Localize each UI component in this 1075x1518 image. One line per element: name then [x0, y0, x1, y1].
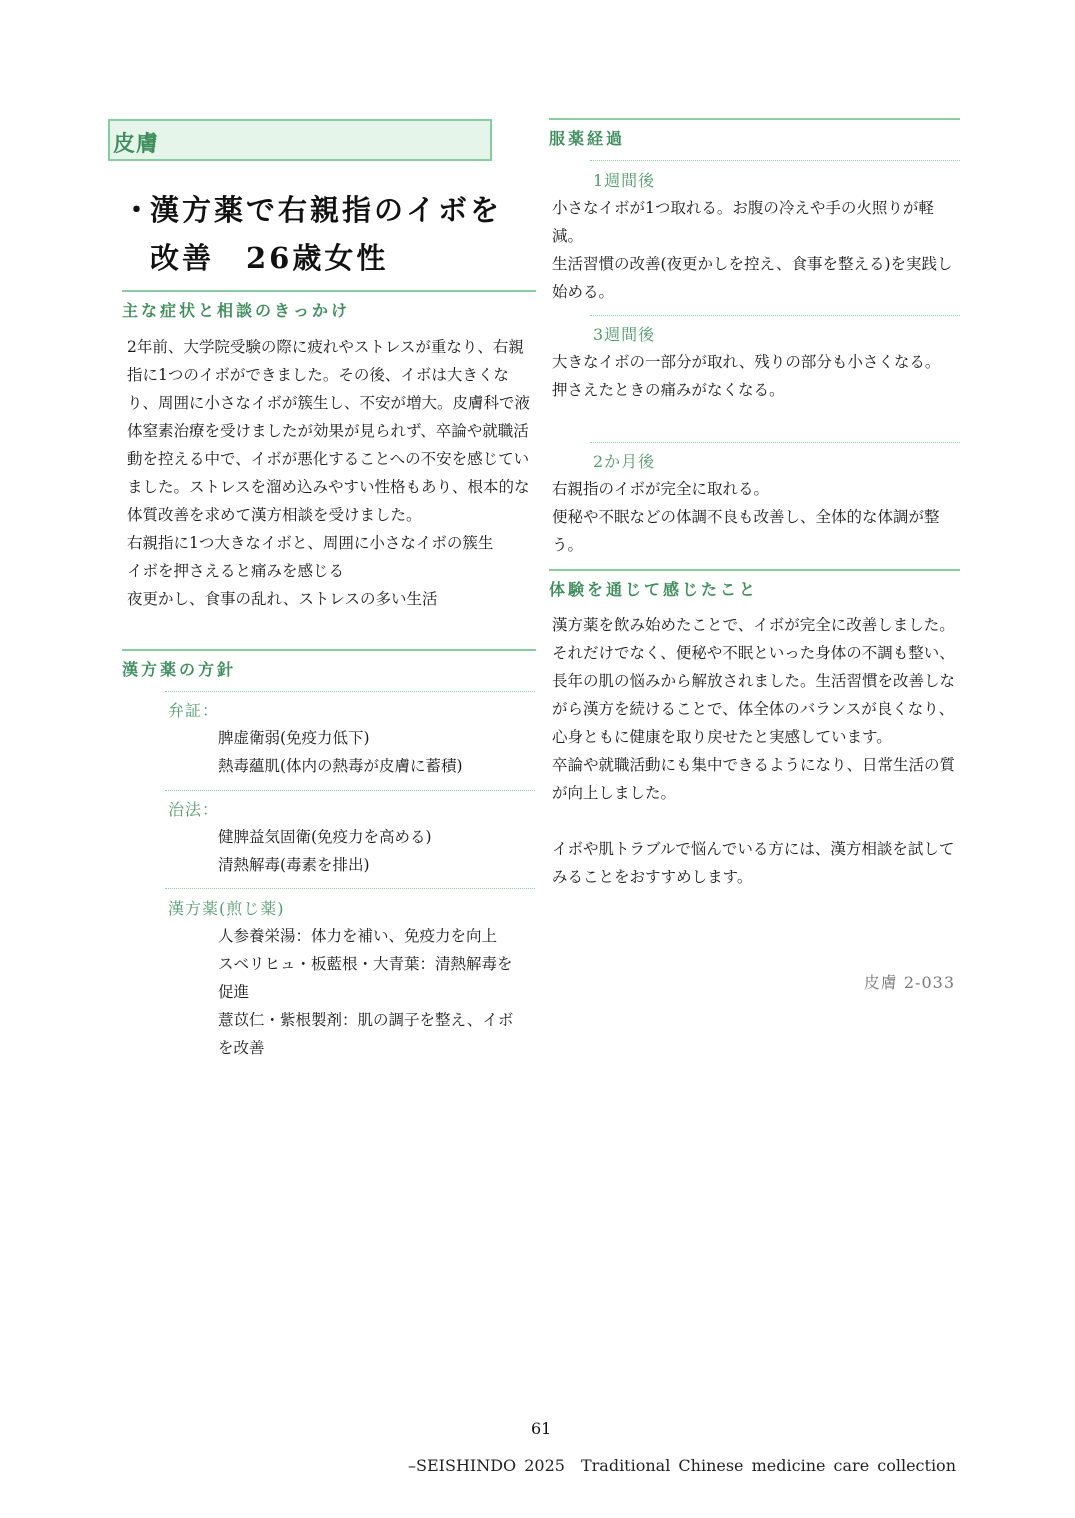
title-line-1: 漢方薬で右親指のイボを	[150, 186, 502, 234]
reflection-paragraph: 卒論や就職活動にも集中できるようになり、日常生活の質が向上しました。	[552, 751, 957, 807]
reflection-paragraph: 漢方薬を飲み始めたことで、イボが完全に改善しました。それだけでなく、便秘や不眠と…	[552, 611, 957, 751]
policy-item: 健脾益気固衛(免疫力を高める)	[218, 823, 528, 851]
divider	[165, 691, 535, 692]
spacer	[552, 807, 957, 835]
symptoms-body: 2年前、大学院受験の際に疲れやストレスが重なり、右親指に1つのイボができました。…	[127, 333, 532, 613]
policy-item: 人参養栄湯：体力を補い、免疫力を向上	[218, 922, 523, 950]
progress-item: 押さえたときの痛みがなくなる。	[552, 376, 942, 404]
policy-label-kampo: 漢方薬(煎じ薬)	[168, 896, 285, 919]
progress-stage-label: 2か月後	[593, 449, 655, 472]
reflection-body: 漢方薬を飲み始めたことで、イボが完全に改善しました。それだけでなく、便秘や不眠と…	[552, 611, 957, 891]
progress-item: 生活習慣の改善(夜更かしを控え、食事を整える)を実践し始める。	[552, 250, 957, 306]
title-line-2: 改善 26歳女性	[150, 234, 388, 282]
progress-item: 小さなイボが1つ取れる。お腹の冷えや手の火照りが軽減。	[552, 194, 957, 250]
divider	[165, 790, 535, 791]
progress-stage-label: 1週間後	[593, 168, 655, 191]
policy-label-bensho: 弁証：	[168, 698, 219, 721]
symptoms-item: 右親指に1つ大きなイボと、周囲に小さなイボの簇生	[127, 529, 532, 557]
category-header: 皮膚	[108, 119, 492, 161]
divider	[590, 315, 960, 316]
progress-stage-body: 小さなイボが1つ取れる。お腹の冷えや手の火照りが軽減。 生活習慣の改善(夜更かし…	[552, 194, 957, 306]
symptoms-item: 夜更かし、食事の乱れ、ストレスの多い生活	[127, 585, 532, 613]
symptoms-heading: 主な症状と相談のきっかけ	[122, 290, 536, 320]
symptoms-paragraph: 2年前、大学院受験の際に疲れやストレスが重なり、右親指に1つのイボができました。…	[127, 333, 532, 529]
policy-items-chiho: 健脾益気固衛(免疫力を高める) 清熱解毒(毒素を排出)	[218, 823, 528, 879]
policy-items-bensho: 脾虚衛弱(免疫力低下) 熱毒蘊肌(体内の熱毒が皮膚に蓄積)	[218, 724, 528, 780]
policy-label-chiho: 治法：	[168, 797, 219, 820]
reflection-paragraph: イボや肌トラブルで悩んでいる方には、漢方相談を試してみることをおすすめします。	[552, 835, 957, 891]
progress-item: 大きなイボの一部分が取れ、残りの部分も小さくなる。	[552, 348, 942, 376]
policy-item: 薏苡仁・紫根製剤：肌の調子を整え、イボを改善	[218, 1006, 523, 1062]
category-label: 皮膚	[113, 127, 159, 158]
progress-heading: 服薬経過	[549, 118, 960, 148]
policy-item: 清熱解毒(毒素を排出)	[218, 851, 528, 879]
reference-code: 皮膚 2-033	[864, 970, 955, 993]
symptoms-item: イボを押さえると痛みを感じる	[127, 557, 532, 585]
progress-stage-body: 大きなイボの一部分が取れ、残りの部分も小さくなる。 押さえたときの痛みがなくなる…	[552, 348, 942, 404]
reflection-heading: 体験を通じて感じたこと	[549, 569, 960, 599]
progress-item: 便秘や不眠などの体調不良も改善し、全体的な体調が整う。	[552, 503, 957, 559]
policy-item: スベリヒュ・板藍根・大青葉：清熱解毒を促進	[218, 950, 523, 1006]
policy-items-kampo: 人参養栄湯：体力を補い、免疫力を向上 スベリヒュ・板藍根・大青葉：清熱解毒を促進…	[218, 922, 523, 1062]
policy-heading: 漢方薬の方針	[122, 649, 536, 679]
policy-item: 脾虚衛弱(免疫力低下)	[218, 724, 528, 752]
progress-item: 右親指のイボが完全に取れる。	[552, 475, 957, 503]
divider	[590, 160, 960, 161]
page-number: 61	[531, 1419, 551, 1438]
footer-text: –SEISHINDO 2025 Traditional Chinese medi…	[408, 1453, 956, 1476]
progress-stage-label: 3週間後	[593, 322, 655, 345]
progress-stage-body: 右親指のイボが完全に取れる。 便秘や不眠などの体調不良も改善し、全体的な体調が整…	[552, 475, 957, 559]
divider	[165, 888, 535, 889]
policy-item: 熱毒蘊肌(体内の熱毒が皮膚に蓄積)	[218, 752, 528, 780]
divider	[590, 442, 960, 443]
